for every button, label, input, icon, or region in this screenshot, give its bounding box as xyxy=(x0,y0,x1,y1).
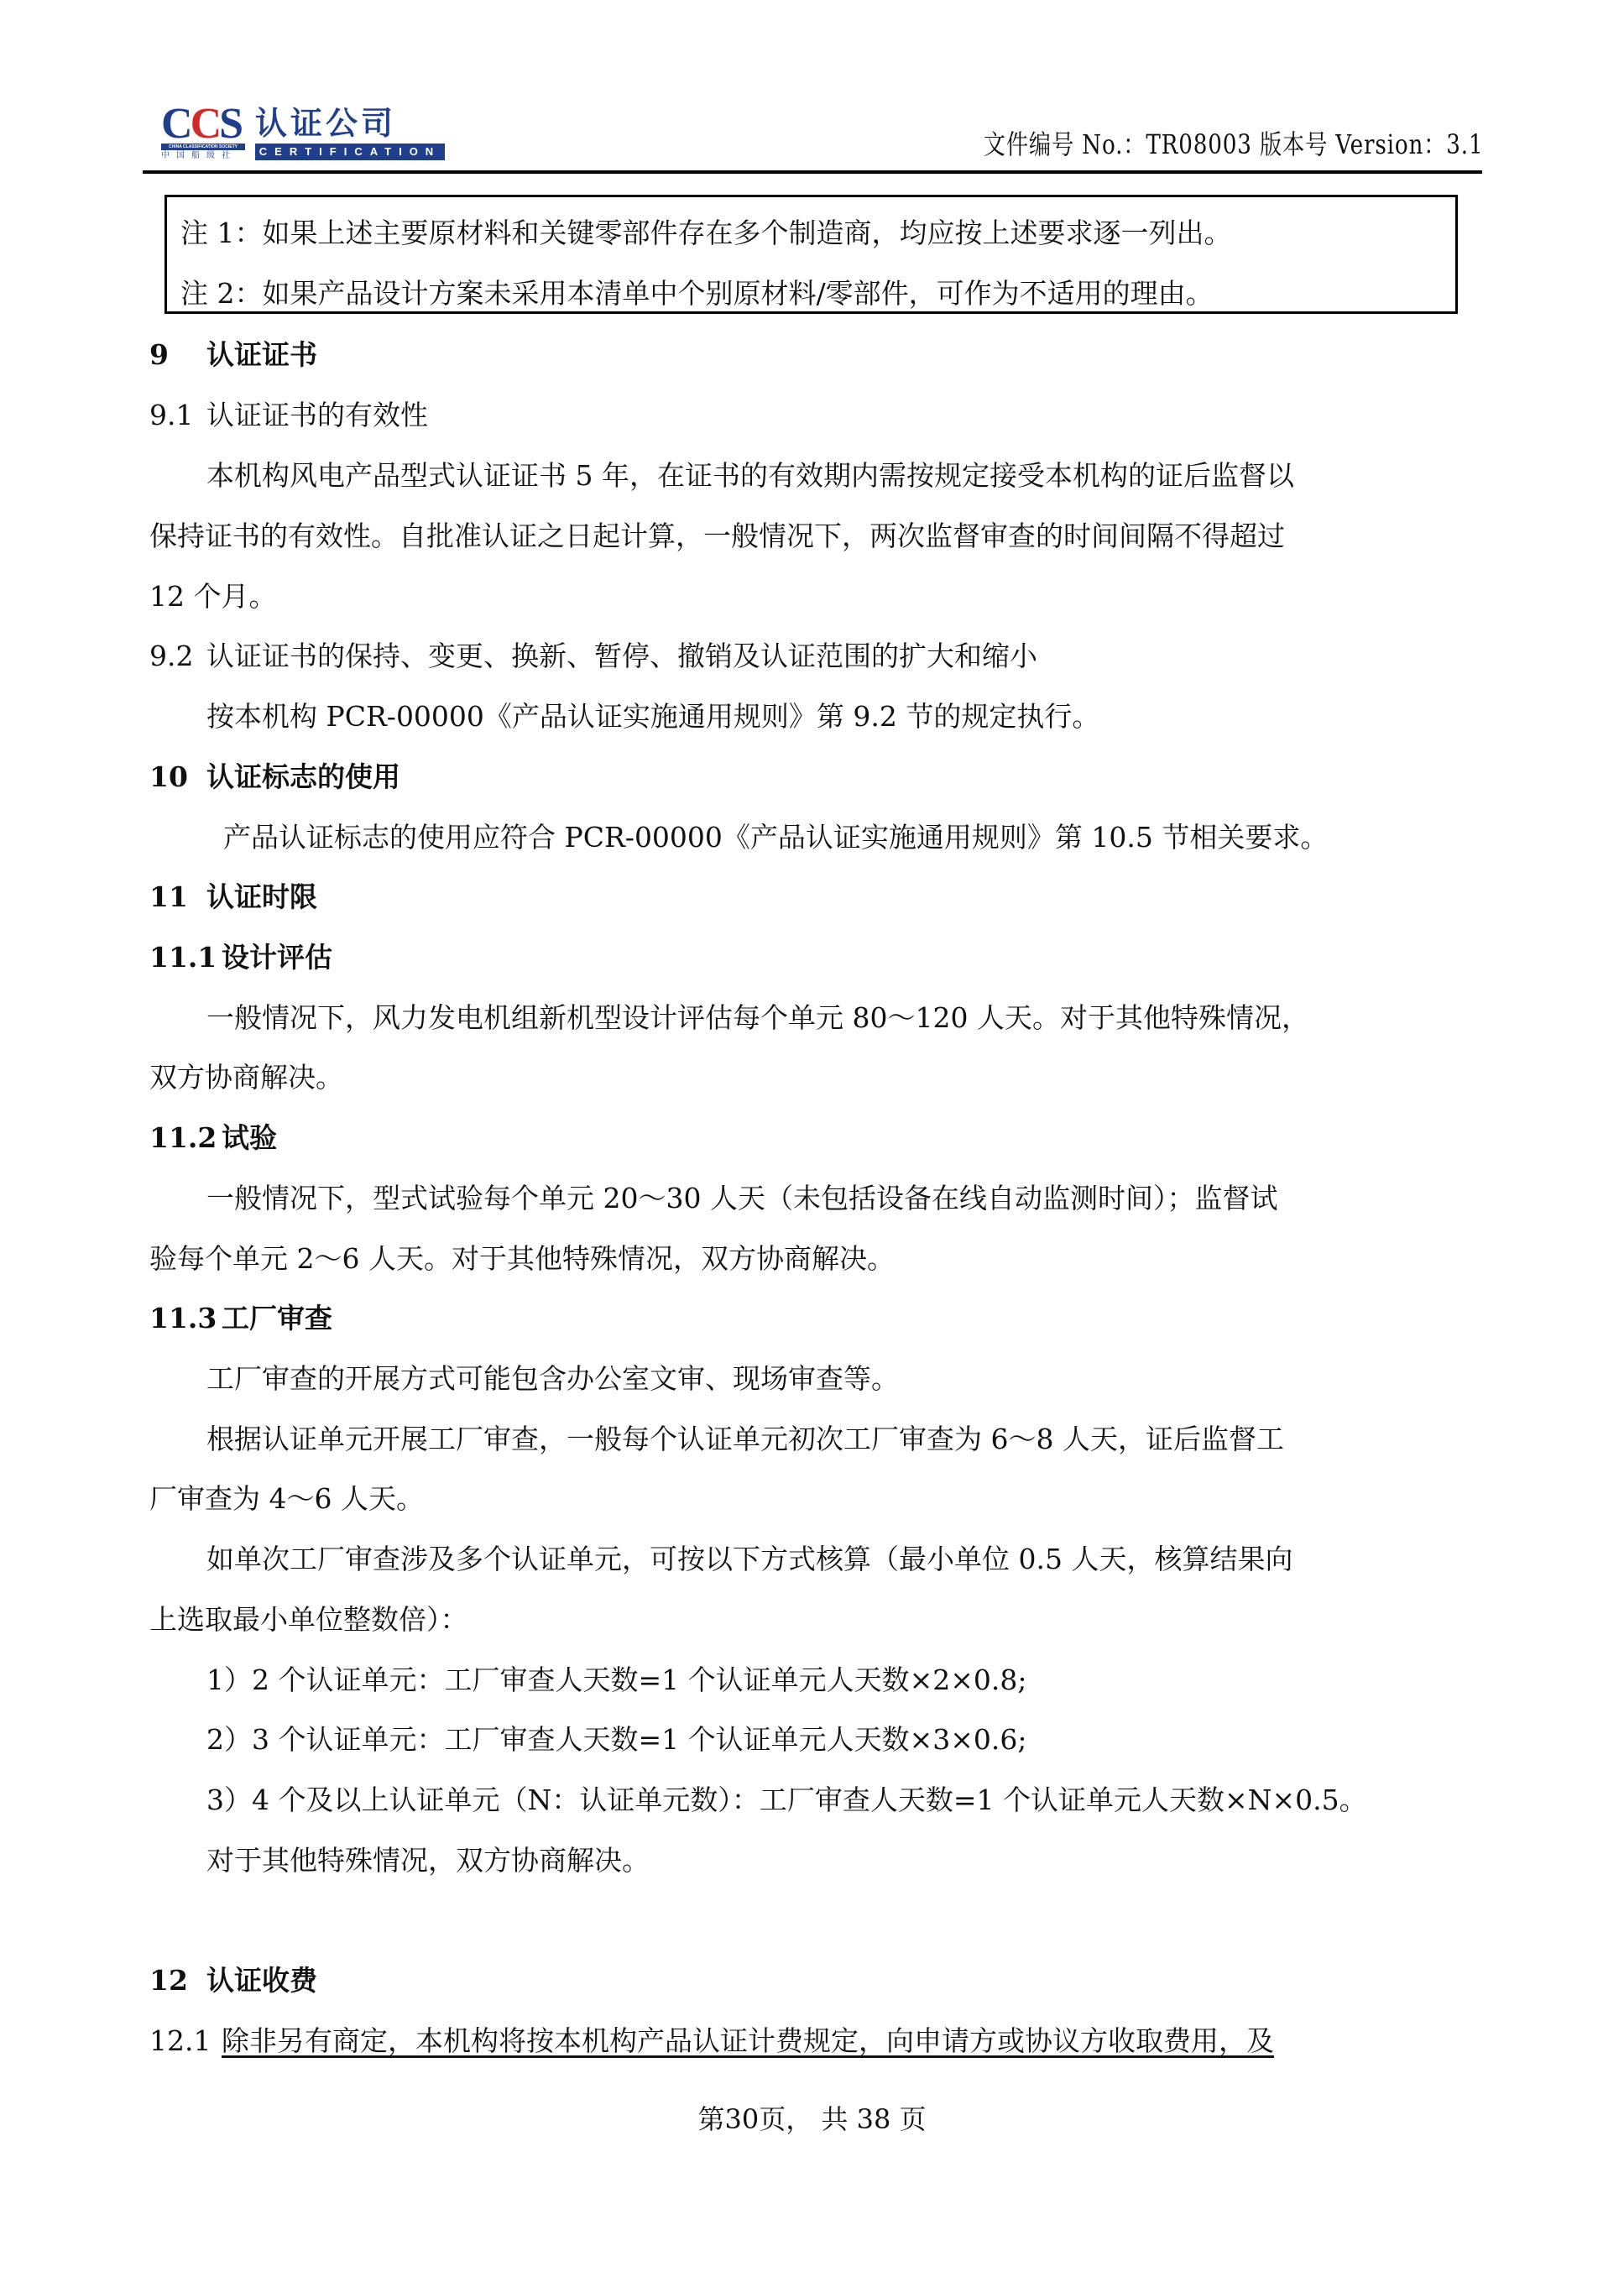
header-divider xyxy=(143,170,1482,174)
note-2: 注 2：如果产品设计方案未采用本清单中个别原材料/零部件，可作为不适用的理由。 xyxy=(180,277,1214,311)
logo-ccs-mark: CCS xyxy=(161,104,241,144)
heading-9-1: 9.1认证证书的有效性 xyxy=(149,399,428,432)
paragraph-9-1-line-2: 保持证书的有效性。自批准认证之日起计算，一般情况下，两次监督审查的时间间隔不得超… xyxy=(149,520,1285,553)
page-number: 第30页， 共 38 页 xyxy=(0,2102,1624,2136)
paragraph-11-3-line-1: 工厂审查的开展方式可能包含办公室文审、现场审查等。 xyxy=(206,1362,899,1396)
paragraph-9-2: 按本机构 PCR-00000《产品认证实施通用规则》第 9.2 节的规定执行。 xyxy=(206,700,1099,734)
paragraph-11-1-line-1: 一般情况下，风力发电机组新机型设计评估每个单元 80～120 人天。对于其他特殊… xyxy=(206,1001,1309,1035)
paragraph-11-1-line-2: 双方协商解决。 xyxy=(149,1061,343,1094)
paragraph-11-2-line-1: 一般情况下，型式试验每个单元 20～30 人天（未包括设备在线自动监测时间）；监… xyxy=(206,1182,1277,1215)
underlined-fee-text: 除非另有商定，本机构将按本机构产品认证计费规定，向申请方或协议方收取费用，及 xyxy=(222,2024,1274,2057)
logo-society-band: CHINA CLASSIFICATION SOCIETY xyxy=(161,144,245,150)
paragraph-11-3-line-5: 上选取最小单位整数倍）： xyxy=(149,1603,468,1637)
paragraph-11-2-line-2: 验每个单元 2～6 人天。对于其他特殊情况，双方协商解决。 xyxy=(149,1242,895,1276)
heading-10: 10认证标志的使用 xyxy=(149,760,400,794)
note-1: 注 1：如果上述主要原材料和关键零部件存在多个制造商，均应按上述要求逐一列出。 xyxy=(180,217,1232,250)
ccs-certification-logo: CCS CHINA CLASSIFICATION SOCIETY 中国船级社 认… xyxy=(161,104,446,161)
logo-society-cn: 中国船级社 xyxy=(161,151,237,161)
heading-9: 9认证证书 xyxy=(149,338,317,372)
list-item-3: 3）4 个及以上认证单元（N：认证单元数）：工厂审查人天数=1 个认证单元人天数… xyxy=(206,1783,1367,1817)
heading-9-2: 9.2认证证书的保持、变更、换新、暂停、撤销及认证范围的扩大和缩小 xyxy=(149,640,1037,673)
heading-12: 12认证收费 xyxy=(149,1964,317,1998)
heading-11-2: 11.2试验 xyxy=(149,1121,277,1155)
logo-company-cn: 认证公司 xyxy=(255,106,396,141)
document-number: 文件编号 No.：TR08003 版本号 Version：3.1 xyxy=(983,128,1483,161)
paragraph-12-1: 12.1除非另有商定，本机构将按本机构产品认证计费规定，向申请方或协议方收取费用… xyxy=(149,2024,1274,2058)
paragraph-11-3-line-2: 根据认证单元开展工厂审查，一般每个认证单元初次工厂审查为 6～8 人天，证后监督… xyxy=(206,1423,1284,1456)
paragraph-9-1-line-3: 12 个月。 xyxy=(149,580,276,614)
list-item-1: 1）2 个认证单元：工厂审查人天数=1 个认证单元人天数×2×0.8; xyxy=(206,1663,1027,1697)
paragraph-11-3-closing: 对于其他特殊情况，双方协商解决。 xyxy=(206,1844,650,1877)
paragraph-10: 产品认证标志的使用应符合 PCR-00000《产品认证实施通用规则》第 10.5… xyxy=(223,821,1328,854)
paragraph-9-1-line-1: 本机构风电产品型式认证证书 5 年，在证书的有效期内需按规定接受本机构的证后监督… xyxy=(206,459,1294,493)
heading-11: 11认证时限 xyxy=(149,880,317,914)
heading-11-1: 11.1设计评估 xyxy=(149,941,332,974)
heading-11-3: 11.3工厂审查 xyxy=(149,1302,332,1335)
paragraph-11-3-line-3: 厂审查为 4～6 人天。 xyxy=(149,1482,424,1516)
list-item-2: 2）3 个认证单元：工厂审查人天数=1 个认证单元人天数×3×0.6; xyxy=(206,1723,1027,1757)
paragraph-11-3-line-4: 如单次工厂审查涉及多个认证单元，可按以下方式核算（最小单位 0.5 人天，核算结… xyxy=(206,1543,1292,1576)
logo-certification-band: CERTIFICATION xyxy=(255,144,445,160)
